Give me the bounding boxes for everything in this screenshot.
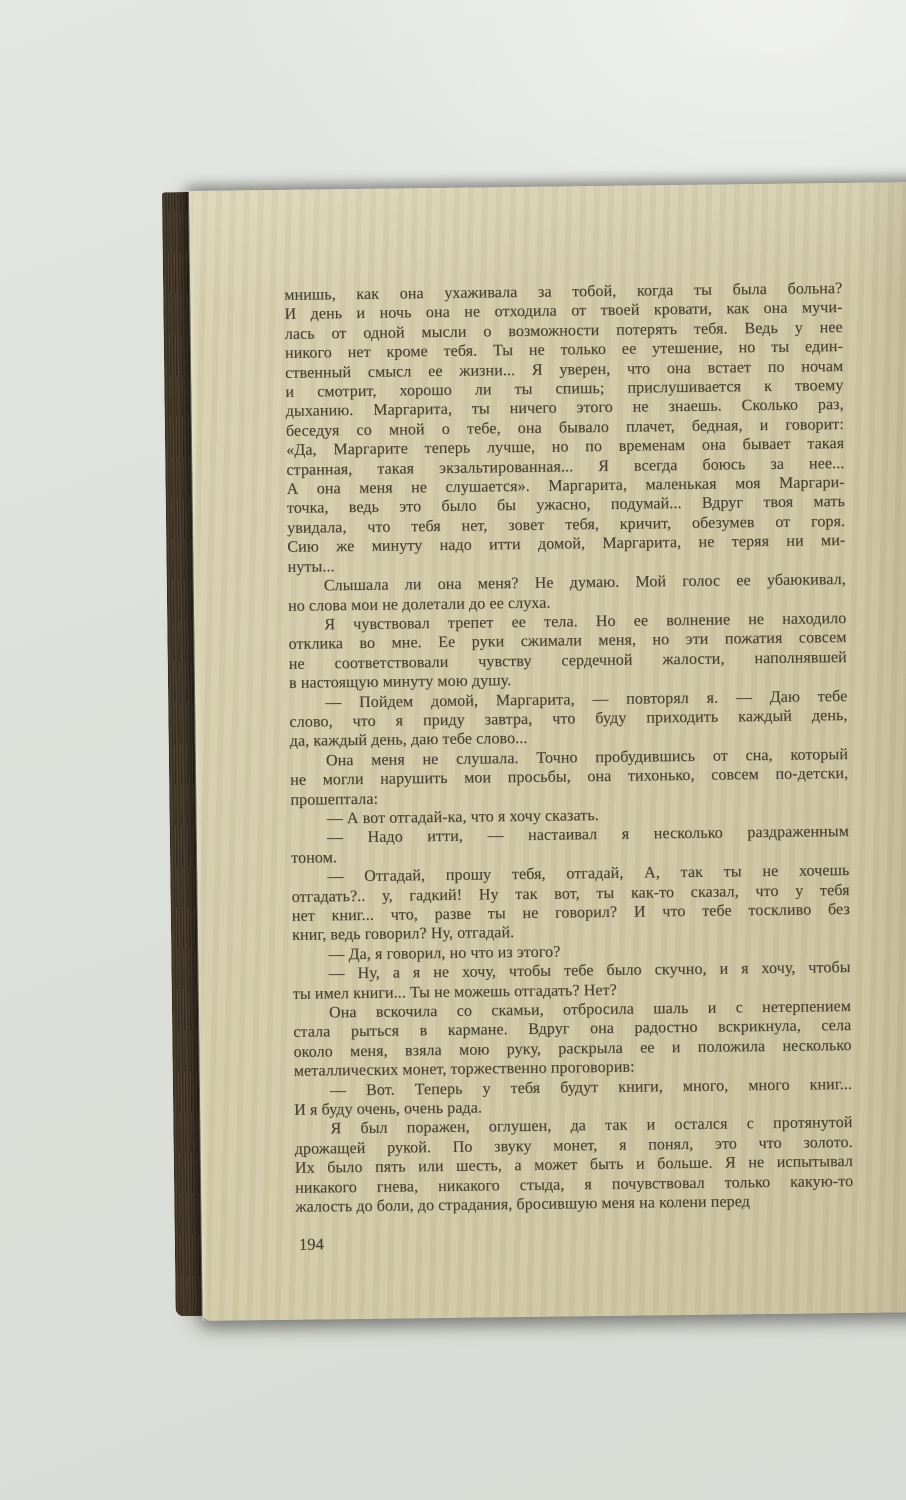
page-number: 194 <box>299 1227 854 1253</box>
book-page: мнишь, как она ухаживала за тобой, когда… <box>188 182 906 1321</box>
page-edges-stack <box>162 192 203 1316</box>
paragraph: — Надо итти, — настаивал я несколько раз… <box>291 822 849 868</box>
text-block: мнишь, как она ухаживала за тобой, когда… <box>284 279 854 1254</box>
paragraph: Я был поражен, оглушен, да так и остался… <box>294 1113 853 1217</box>
paragraph: — Вот. Теперь у тебя будут книги, много,… <box>294 1075 852 1121</box>
paragraph: Она меня не слушала. Точно пробудившись … <box>290 745 849 810</box>
paragraph: Слышала ли она меня? Не думаю. Мой голос… <box>288 570 846 616</box>
book-scan-photo: мнишь, как она ухаживала за тобой, когда… <box>0 0 906 1500</box>
paragraph: мнишь, как она ухаживала за тобой, когда… <box>284 279 846 577</box>
paragraph: Я чувствовал трепет ее тела. Но ее волне… <box>288 609 847 693</box>
paragraph: — Пойдем домой, Маргарита, — повторял я.… <box>289 687 848 752</box>
paragraph: — Ну, а я не хочу, чтобы тебе было скучн… <box>292 958 850 1004</box>
paragraph: Она вскочила со скамьи, отбросила шаль и… <box>293 997 852 1081</box>
paragraph: — Отгадай, прошу тебя, отгадай, А, так т… <box>291 861 850 945</box>
